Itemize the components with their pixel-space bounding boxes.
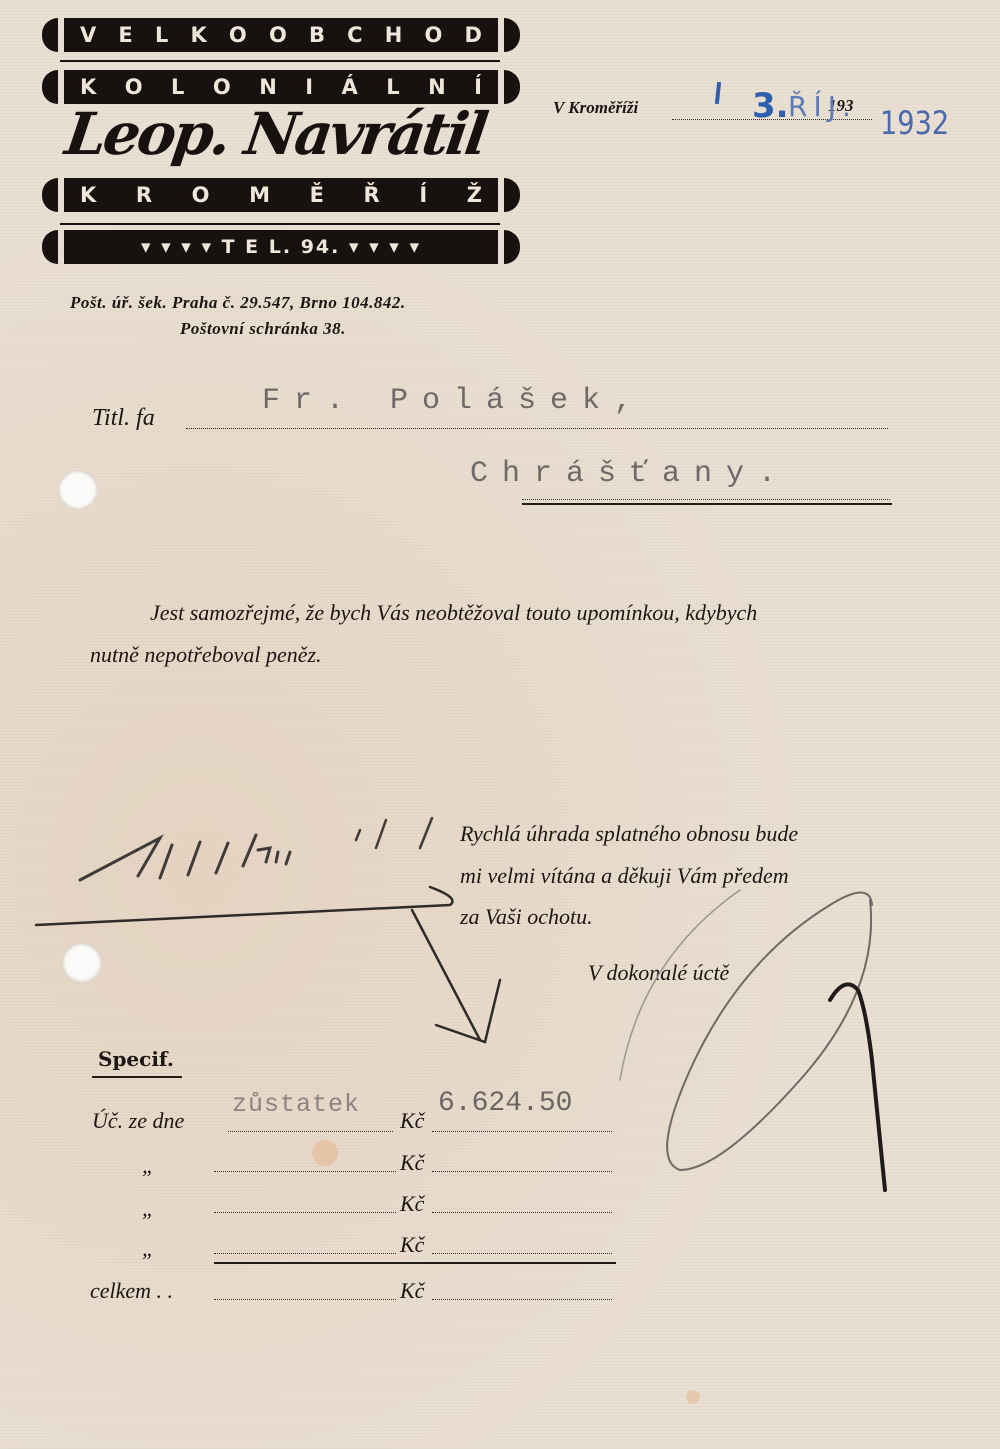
spec-row-description: zůstatek: [232, 1090, 360, 1119]
spec-row-dots: [214, 1171, 396, 1172]
ditto-mark: „: [142, 1196, 154, 1222]
specification-underline: [92, 1076, 182, 1078]
currency-label: Kč: [400, 1232, 424, 1258]
spec-row-dots: [228, 1131, 393, 1132]
spec-row-dots: [432, 1131, 612, 1132]
pencil-annotations: [0, 0, 1000, 1449]
spec-row-dots: [432, 1299, 612, 1300]
arrow-icon: [36, 887, 500, 1042]
spec-row-amount: 6.624.50: [438, 1088, 572, 1119]
specification-heading: Specif.: [98, 1047, 174, 1071]
spec-row-dots: [214, 1299, 396, 1300]
signature-icon: [620, 890, 885, 1190]
ditto-mark: „: [142, 1236, 154, 1262]
currency-label: Kč: [400, 1278, 424, 1304]
spec-row-dots: [432, 1253, 612, 1254]
ditto-mark: „: [142, 1153, 154, 1179]
spec-row-dots: [214, 1253, 396, 1254]
total-separator-line: [214, 1262, 616, 1264]
currency-label: Kč: [400, 1191, 424, 1217]
currency-label: Kč: [400, 1150, 424, 1176]
spec-row-dots: [214, 1212, 396, 1213]
invoice-date-label: Úč. ze dne: [92, 1108, 184, 1134]
handwritten-scribble-icon: [80, 818, 432, 880]
total-label: celkem . .: [90, 1278, 173, 1304]
currency-label: Kč: [400, 1108, 424, 1134]
spec-row-dots: [432, 1171, 612, 1172]
spec-row-dots: [432, 1212, 612, 1213]
